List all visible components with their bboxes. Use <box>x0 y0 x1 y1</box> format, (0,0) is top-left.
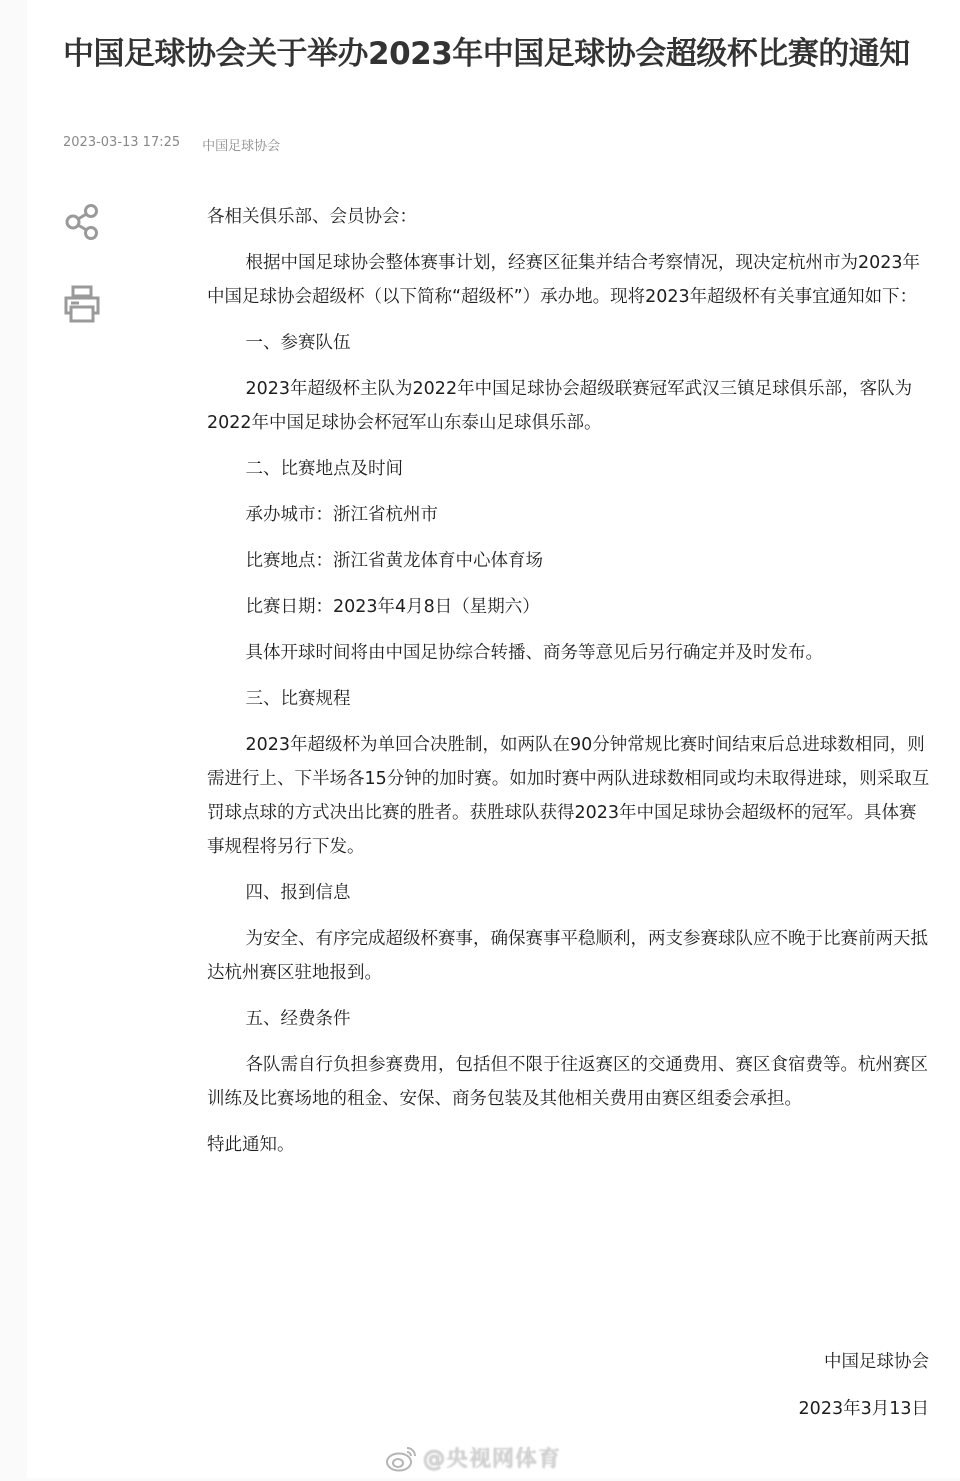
signature-date: 2023年3月13日 <box>799 1395 929 1420</box>
article-source[interactable]: 中国足球协会 <box>202 135 280 154</box>
article-meta: 2023-03-13 17:25 中国足球协会 <box>63 135 280 154</box>
share-icon <box>62 202 102 242</box>
article-datetime: 2023-03-13 17:25 <box>63 135 180 154</box>
weibo-watermark: @央视网体育 <box>385 1442 561 1473</box>
section-paragraph: 各队需自行负担参赛费用，包括但不限于往返赛区的交通费用、赛区食宿费等。杭州赛区训… <box>207 1048 933 1116</box>
section-heading: 五、经费条件 <box>207 1002 933 1036</box>
section-paragraph: 比赛地点：浙江省黄龙体育中心体育场 <box>207 544 933 578</box>
print-button[interactable] <box>60 282 104 326</box>
print-icon <box>61 283 103 325</box>
signature-org: 中国足球协会 <box>824 1348 929 1373</box>
article-page: 中国足球协会关于举办2023年中国足球协会超级杯比赛的通知 2023-03-13… <box>27 0 960 1478</box>
section-paragraph: 具体开球时间将由中国足协综合转播、商务等意见后另行确定并及时发布。 <box>207 636 933 670</box>
salutation: 各相关俱乐部、会员协会： <box>207 200 933 234</box>
watermark-text: @央视网体育 <box>423 1442 561 1473</box>
side-toolbar <box>60 200 104 326</box>
article-title: 中国足球协会关于举办2023年中国足球协会超级杯比赛的通知 <box>63 26 943 83</box>
section-heading: 四、报到信息 <box>207 876 933 910</box>
intro-paragraph: 根据中国足球协会整体赛事计划，经赛区征集并结合考察情况，现决定杭州市为2023年… <box>207 246 933 314</box>
closing-line: 特此通知。 <box>207 1128 933 1162</box>
section-paragraph: 承办城市：浙江省杭州市 <box>207 498 933 532</box>
section-paragraph: 为安全、有序完成超级杯赛事，确保赛事平稳顺利，两支参赛球队应不晚于比赛前两天抵达… <box>207 922 933 990</box>
article-body: 各相关俱乐部、会员协会： 根据中国足球协会整体赛事计划，经赛区征集并结合考察情况… <box>207 200 933 1174</box>
weibo-icon <box>385 1444 419 1472</box>
section-paragraph: 2023年超级杯主队为2022年中国足球协会超级联赛冠军武汉三镇足球俱乐部，客队… <box>207 372 933 440</box>
section-paragraph: 比赛日期：2023年4月8日（星期六） <box>207 590 933 624</box>
section-heading: 二、比赛地点及时间 <box>207 452 933 486</box>
section-heading: 三、比赛规程 <box>207 682 933 716</box>
section-heading: 一、参赛队伍 <box>207 326 933 360</box>
share-button[interactable] <box>60 200 104 244</box>
section-paragraph: 2023年超级杯为单回合决胜制，如两队在90分钟常规比赛时间结束后总进球数相同，… <box>207 728 933 864</box>
